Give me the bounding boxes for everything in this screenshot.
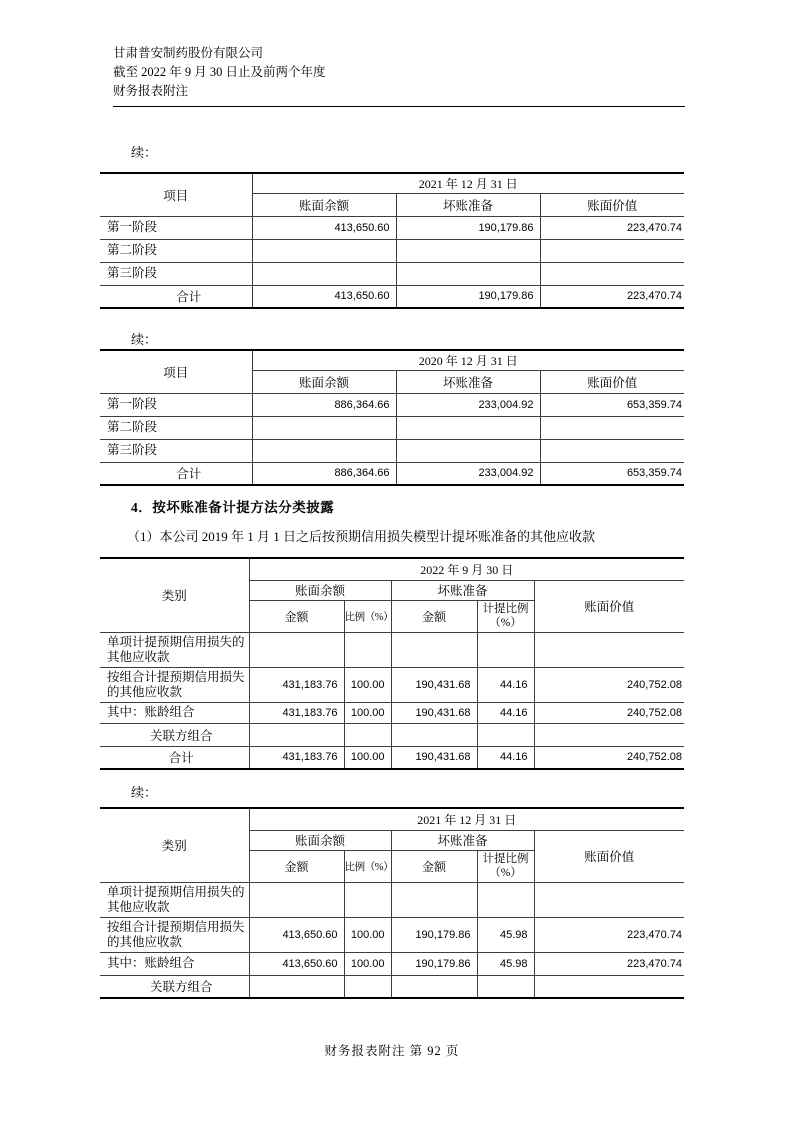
section-intro: （1）本公司 2019 年 1 月 1 日之后按预期信用损失模型计提坏账准备的其… <box>127 526 595 545</box>
row-label: 第三阶段 <box>100 262 252 285</box>
cell-value: 100.00 <box>344 746 391 769</box>
col-header-carrying: 账面价值 <box>534 830 684 882</box>
table-row: 按组合计提预期信用损失的其他应收款 413,650.60 100.00 190,… <box>100 917 684 952</box>
col-header-balance: 账面余额 <box>249 830 391 850</box>
cell-value <box>396 262 540 285</box>
table-row: 第二阶段 <box>100 239 684 262</box>
col-header-provision: 坏账准备 <box>396 193 540 216</box>
continued-label-3: 续： <box>131 782 157 801</box>
stage-table-2020: 项目 2020 年 12 月 31 日 账面余额 坏账准备 账面价值 第一阶段 … <box>100 349 684 486</box>
cell-value: 190,179.86 <box>396 216 540 239</box>
row-label: 单项计提预期信用损失的其他应收款 <box>100 632 249 667</box>
table-total-row: 合计 886,364.66 233,004.92 653,359.74 <box>100 462 684 485</box>
cell-value <box>391 632 477 667</box>
footer-text: 财务报表附注 第 92 页 <box>325 1044 460 1058</box>
cell-value: 431,183.76 <box>249 746 344 769</box>
cell-value <box>252 416 396 439</box>
col-header-carrying: 账面价值 <box>540 370 684 393</box>
cell-value <box>252 262 396 285</box>
cell-value: 240,752.08 <box>534 702 684 723</box>
cell-value: 431,183.76 <box>249 702 344 723</box>
table-row: 第一阶段 413,650.60 190,179.86 223,470.74 <box>100 216 684 239</box>
cell-value <box>534 882 684 917</box>
cell-value: 413,650.60 <box>252 216 396 239</box>
cell-value <box>391 723 477 746</box>
table-row: 关联方组合 <box>100 723 684 746</box>
cell-value: 190,431.68 <box>391 746 477 769</box>
table-total-row: 合计 431,183.76 100.00 190,431.68 44.16 24… <box>100 746 684 769</box>
cell-value <box>249 632 344 667</box>
cell-value <box>534 723 684 746</box>
cell-value <box>344 723 391 746</box>
col-header-provision: 坏账准备 <box>396 370 540 393</box>
col-header-carrying: 账面价值 <box>540 193 684 216</box>
cell-value: 44.16 <box>477 702 534 723</box>
cell-value <box>344 882 391 917</box>
cell-value: 44.16 <box>477 746 534 769</box>
col-header-category: 类别 <box>100 558 249 632</box>
table-row: 第二阶段 <box>100 416 684 439</box>
table-row: 其中：账龄组合 431,183.76 100.00 190,431.68 44.… <box>100 702 684 723</box>
cell-value <box>477 882 534 917</box>
cell-value <box>249 723 344 746</box>
col-header-balance: 账面余额 <box>252 370 396 393</box>
row-label: 第二阶段 <box>100 416 252 439</box>
cell-value: 190,179.86 <box>396 285 540 308</box>
company-name: 甘肃普安制药股份有限公司 <box>113 44 326 63</box>
row-label: 第二阶段 <box>100 239 252 262</box>
section-heading: 4．按坏账准备计提方法分类披露 <box>131 496 334 516</box>
cell-value <box>396 439 540 462</box>
cell-value <box>540 416 684 439</box>
row-label-total: 合计 <box>100 746 249 769</box>
cell-value: 44.16 <box>477 667 534 702</box>
row-label: 关联方组合 <box>100 723 249 746</box>
col-header-amount: 金额 <box>391 850 477 882</box>
cell-value <box>391 882 477 917</box>
report-period: 截至 2022 年 9 月 30 日止及前两个年度 <box>113 63 326 82</box>
col-header-item: 项目 <box>100 173 252 216</box>
stage-table-2021: 项目 2021 年 12 月 31 日 账面余额 坏账准备 账面价值 第一阶段 … <box>100 172 684 309</box>
table-row: 单项计提预期信用损失的其他应收款 <box>100 882 684 917</box>
table-row: 单项计提预期信用损失的其他应收款 <box>100 632 684 667</box>
cell-value: 431,183.76 <box>249 667 344 702</box>
col-header-provision-ratio: 计提比例（%） <box>477 600 534 632</box>
row-label-total: 合计 <box>100 285 252 308</box>
row-label: 第一阶段 <box>100 393 252 416</box>
cell-value <box>477 975 534 998</box>
col-header-date: 2021 年 12 月 31 日 <box>252 173 684 193</box>
cell-value: 190,179.86 <box>391 917 477 952</box>
cell-value: 223,470.74 <box>534 917 684 952</box>
cell-value: 886,364.66 <box>252 393 396 416</box>
cell-value: 223,470.74 <box>540 216 684 239</box>
cell-value <box>396 416 540 439</box>
cell-value <box>391 975 477 998</box>
cell-value: 45.98 <box>477 952 534 975</box>
col-header-ratio: 比例（%） <box>344 600 391 632</box>
col-header-ratio: 比例（%） <box>344 850 391 882</box>
col-header-provision: 坏账准备 <box>391 830 534 850</box>
cell-value <box>540 239 684 262</box>
cell-value: 653,359.74 <box>540 462 684 485</box>
cell-value: 223,470.74 <box>540 285 684 308</box>
cell-value <box>249 882 344 917</box>
col-header-amount: 金额 <box>249 850 344 882</box>
cell-value <box>249 975 344 998</box>
col-header-category: 类别 <box>100 808 249 882</box>
row-label: 其中：账龄组合 <box>100 702 249 723</box>
table-row: 第三阶段 <box>100 262 684 285</box>
cell-value <box>252 239 396 262</box>
cell-value: 413,650.60 <box>252 285 396 308</box>
row-label: 按组合计提预期信用损失的其他应收款 <box>100 667 249 702</box>
col-header-amount: 金额 <box>249 600 344 632</box>
table-row: 按组合计提预期信用损失的其他应收款 431,183.76 100.00 190,… <box>100 667 684 702</box>
col-header-item: 项目 <box>100 350 252 393</box>
row-label: 按组合计提预期信用损失的其他应收款 <box>100 917 249 952</box>
cell-value <box>477 632 534 667</box>
col-header-date: 2021 年 12 月 31 日 <box>249 808 684 830</box>
cell-value: 233,004.92 <box>396 462 540 485</box>
cell-value: 190,179.86 <box>391 952 477 975</box>
cell-value: 413,650.60 <box>249 917 344 952</box>
cell-value: 100.00 <box>344 952 391 975</box>
cell-value <box>540 262 684 285</box>
doc-title: 财务报表附注 <box>113 82 326 101</box>
cell-value: 100.00 <box>344 917 391 952</box>
cell-value: 100.00 <box>344 702 391 723</box>
row-label: 第一阶段 <box>100 216 252 239</box>
table-row: 第三阶段 <box>100 439 684 462</box>
cell-value <box>344 975 391 998</box>
table-row: 其中：账龄组合 413,650.60 100.00 190,179.86 45.… <box>100 952 684 975</box>
cell-value <box>252 439 396 462</box>
cell-value: 240,752.08 <box>534 667 684 702</box>
col-header-date: 2022 年 9 月 30 日 <box>249 558 684 580</box>
category-table-2021: 类别 2021 年 12 月 31 日 账面余额 坏账准备 账面价值 金额 比例… <box>100 807 684 999</box>
cell-value <box>534 975 684 998</box>
table-total-row: 合计 413,650.60 190,179.86 223,470.74 <box>100 285 684 308</box>
continued-label-2: 续： <box>131 329 157 348</box>
cell-value <box>540 439 684 462</box>
col-header-balance: 账面余额 <box>249 580 391 600</box>
col-header-amount: 金额 <box>391 600 477 632</box>
cell-value: 886,364.66 <box>252 462 396 485</box>
col-header-balance: 账面余额 <box>252 193 396 216</box>
row-label: 第三阶段 <box>100 439 252 462</box>
row-label: 其中：账龄组合 <box>100 952 249 975</box>
cell-value: 190,431.68 <box>391 667 477 702</box>
cell-value: 653,359.74 <box>540 393 684 416</box>
cell-value: 233,004.92 <box>396 393 540 416</box>
col-header-provision-ratio: 计提比例（%） <box>477 850 534 882</box>
document-page: 甘肃普安制药股份有限公司 截至 2022 年 9 月 30 日止及前两个年度 财… <box>0 0 793 1122</box>
cell-value <box>477 723 534 746</box>
cell-value: 413,650.60 <box>249 952 344 975</box>
cell-value <box>344 632 391 667</box>
cell-value <box>534 632 684 667</box>
row-label-total: 合计 <box>100 462 252 485</box>
page-footer: 财务报表附注 第 92 页 <box>100 1041 684 1059</box>
cell-value: 223,470.74 <box>534 952 684 975</box>
category-table-2022: 类别 2022 年 9 月 30 日 账面余额 坏账准备 账面价值 金额 比例（… <box>100 557 684 770</box>
doc-header: 甘肃普安制药股份有限公司 截至 2022 年 9 月 30 日止及前两个年度 财… <box>113 44 326 101</box>
table-row: 关联方组合 <box>100 975 684 998</box>
table-row: 第一阶段 886,364.66 233,004.92 653,359.74 <box>100 393 684 416</box>
cell-value <box>396 239 540 262</box>
cell-value: 240,752.08 <box>534 746 684 769</box>
cell-value: 100.00 <box>344 667 391 702</box>
header-rule <box>113 106 685 107</box>
col-header-provision: 坏账准备 <box>391 580 534 600</box>
row-label: 单项计提预期信用损失的其他应收款 <box>100 882 249 917</box>
cell-value: 190,431.68 <box>391 702 477 723</box>
col-header-date: 2020 年 12 月 31 日 <box>252 350 684 370</box>
cell-value: 45.98 <box>477 917 534 952</box>
row-label: 关联方组合 <box>100 975 249 998</box>
col-header-carrying: 账面价值 <box>534 580 684 632</box>
continued-label-1: 续： <box>131 142 157 161</box>
